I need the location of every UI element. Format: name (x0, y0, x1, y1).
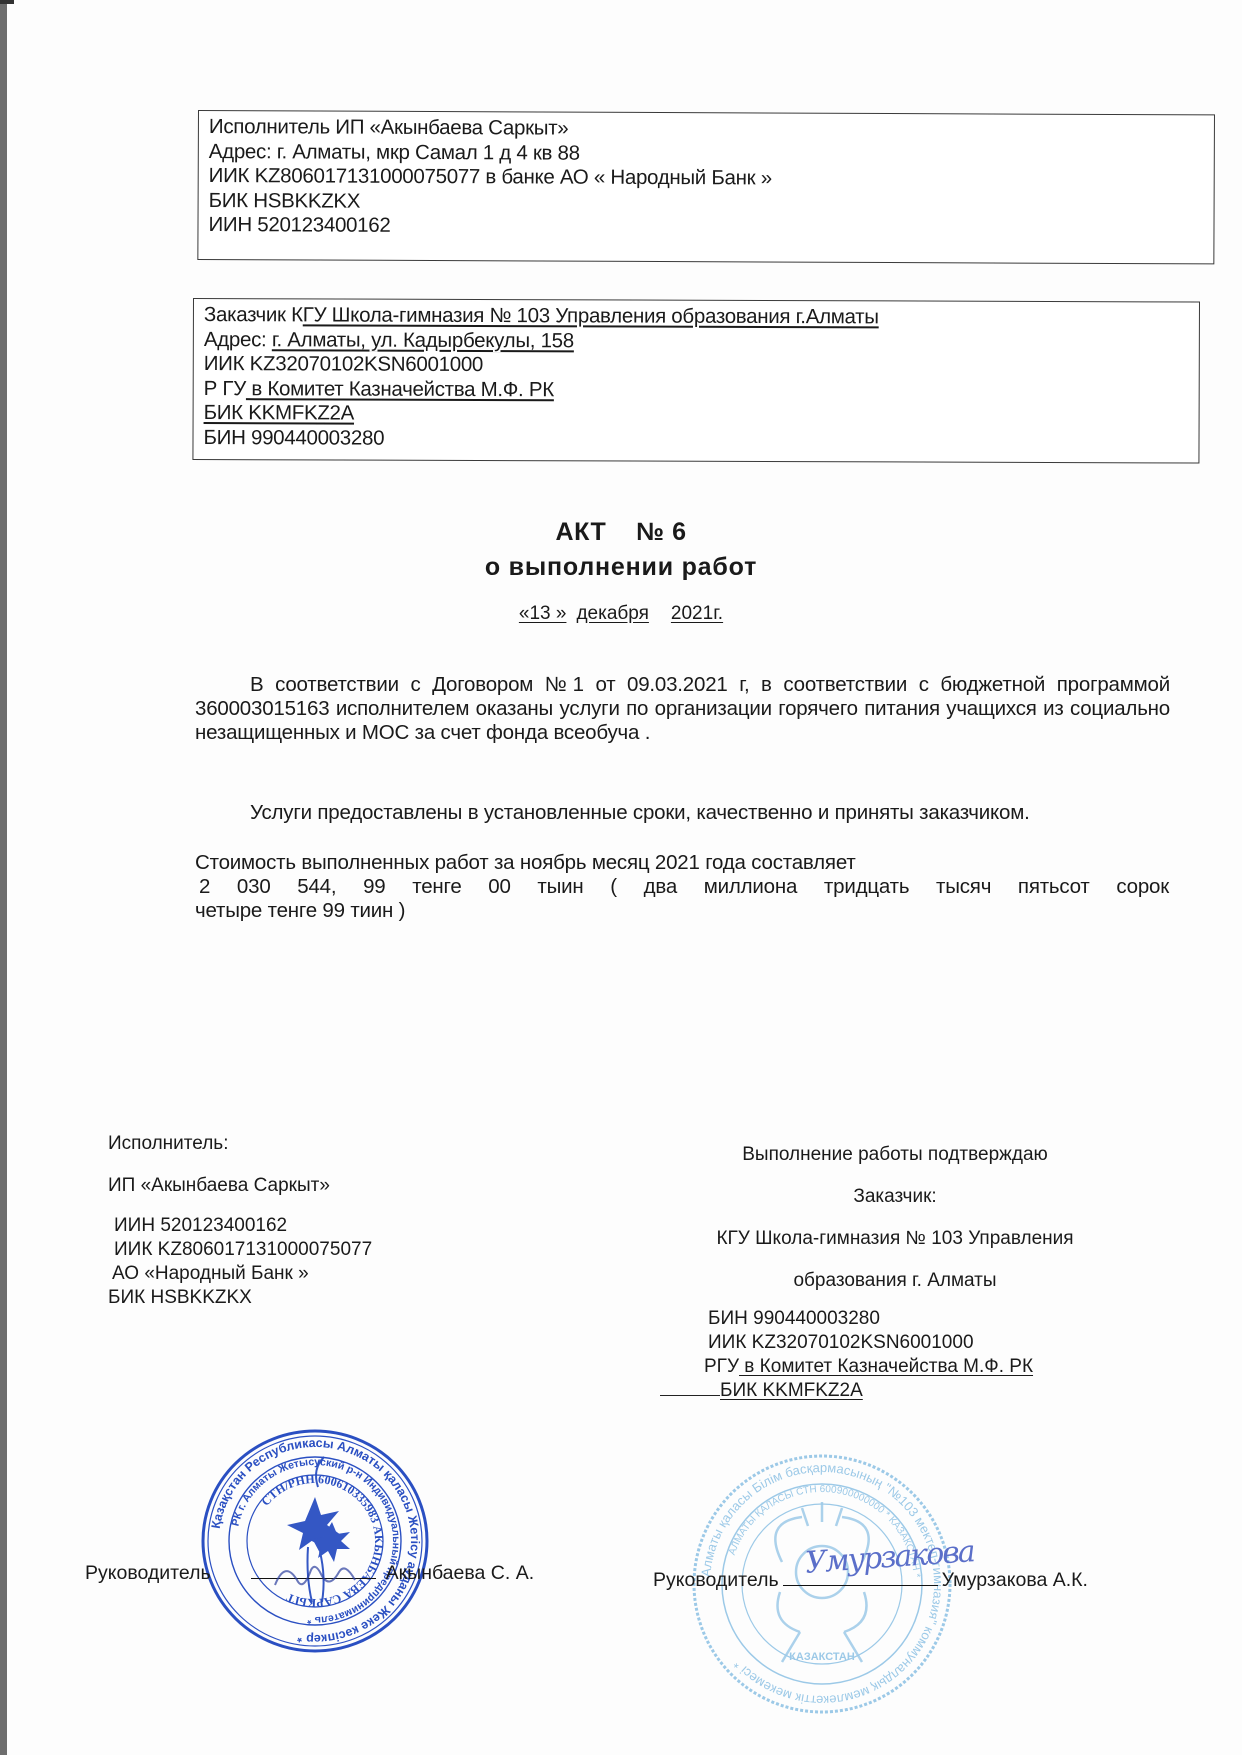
act-subtitle: о выполнении работ (0, 553, 1242, 582)
customer-signature-field (783, 1585, 938, 1586)
act-title: АКТ№ 6 (0, 518, 1242, 547)
act-number: № 6 (636, 518, 686, 546)
executor-sig-name: ИП «Акынбаева Саркыт» (108, 1174, 372, 1198)
executor-sig-iik: ИИК KZ806017131000075077 (108, 1238, 372, 1262)
customer-bik: БИК KKMFKZ2A (204, 401, 1189, 429)
contract-paragraph: В соответствии с Договором №1 от 09.03.2… (195, 673, 1170, 745)
executor-sig-bik: БИК HSBKKZKX (108, 1286, 372, 1310)
customer-role: Руководитель (653, 1569, 779, 1591)
customer-signature-block: Выполнение работы подтверждаю Заказчик: … (660, 1143, 1130, 1403)
confirmation-text: Выполнение работы подтверждаю (660, 1143, 1130, 1167)
executor-role: Руководитель (85, 1562, 211, 1584)
customer-sig-bin: БИН 990440003280 (660, 1307, 1130, 1331)
executor-heading: Исполнитель: (108, 1132, 372, 1156)
customer-sig-treasury: РГУ в Комитет Казначейства М.Ф. РК (660, 1355, 1130, 1379)
scan-edge-strip (0, 0, 7, 1755)
customer-treasury: Р ГУ в Комитет Казначейства М.Ф. РК (204, 377, 1189, 405)
acceptance-paragraph: Услуги предоставлены в установленные сро… (195, 801, 1170, 825)
executor-requisites-box: Исполнитель ИП «Акынбаева Саркыт» Адрес:… (197, 110, 1215, 264)
executor-sig-bank: АО «Народный Банк » (108, 1262, 372, 1286)
executor-iik: ИИК KZ806017131000075077 в банке АО « На… (209, 164, 1204, 193)
customer-sig-name-2: образования г. Алматы (660, 1269, 1130, 1293)
amount-line: 2 030 544, 99 тенге 00 тыин ( два миллио… (195, 875, 1169, 899)
cost-paragraph: Стоимость выполненных работ за ноябрь ме… (195, 851, 1170, 923)
customer-iik: ИИК KZ32070102KSN6001000 (204, 352, 1189, 380)
cost-line: Стоимость выполненных работ за ноябрь ме… (195, 851, 1170, 875)
customer-signer-name: Умурзакова А.К. (942, 1569, 1088, 1591)
customer-heading: Заказчик: (660, 1185, 1130, 1209)
customer-address: Адрес: г. Алматы, ул. Кадырбекулы, 158 (204, 328, 1189, 356)
executor-iin: ИИН 520123400162 (208, 213, 1203, 242)
customer-sig-name-1: КГУ Школа-гимназия № 103 Управления (660, 1227, 1130, 1251)
customer-requisites-box: Заказчик КГУ Школа-гимназия № 103 Управл… (192, 298, 1200, 464)
customer-sig-iik: ИИК KZ32070102KSN6001000 (660, 1331, 1130, 1355)
executor-signature-block: Исполнитель: ИП «Акынбаева Саркыт» ИИН 5… (108, 1132, 372, 1310)
customer-sig-bik: БИК KKMFKZ2A (660, 1379, 1130, 1403)
executor-handwritten-signature-icon (270, 1555, 360, 1595)
customer-bin: БИН 990440003280 (203, 426, 1188, 454)
executor-sig-iin: ИИН 520123400162 (108, 1214, 372, 1238)
executor-round-seal-icon: Қазақстан Республикасы Алматы қаласы Жет… (200, 1427, 430, 1655)
executor-signer-name: Акынбаева С. А. (386, 1562, 534, 1584)
executor-name: Исполнитель ИП «Акынбаева Саркыт» (209, 115, 1204, 144)
svg-text:КАЗАКСТАН: КАЗАКСТАН (789, 1651, 855, 1663)
amount-tail: четыре тенге 99 тиин ) (195, 899, 1170, 923)
act-date: «13 »декабря2021г. (0, 603, 1242, 625)
customer-name: Заказчик КГУ Школа-гимназия № 103 Управл… (204, 303, 1189, 331)
